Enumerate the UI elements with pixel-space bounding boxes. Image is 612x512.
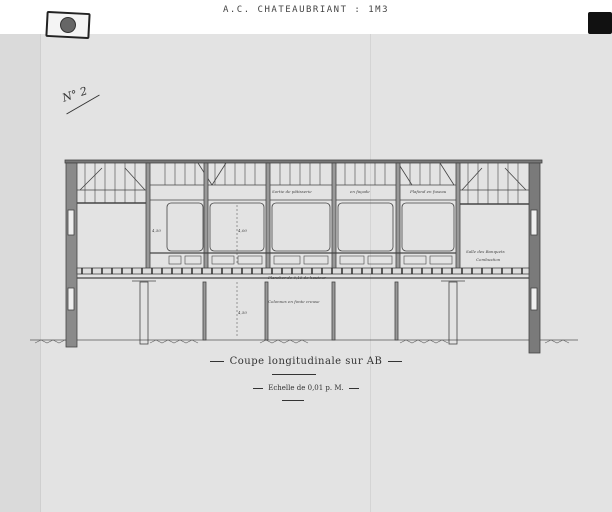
scale-text: Echelle de 0,01 p. M. bbox=[268, 384, 344, 392]
caption-underline bbox=[272, 374, 316, 375]
scale-underline bbox=[282, 400, 304, 401]
room-label-b: en façade bbox=[350, 189, 370, 194]
drawing-caption: Coupe longitudinale sur AB bbox=[0, 356, 612, 367]
right-room-label: Salle des Banquets bbox=[466, 249, 505, 254]
dimension-lower: 4,50 bbox=[238, 310, 247, 315]
room-label-c: Plafond en fuseau bbox=[410, 189, 446, 194]
longitudinal-section-drawing bbox=[0, 0, 612, 512]
right-room-sublabel: Combustion bbox=[476, 257, 500, 262]
dimension-upper: 4,00 bbox=[238, 228, 247, 233]
column-label: Colonnes en fonte creuse bbox=[268, 299, 319, 304]
room-label-a: Sortie de pâtisserie bbox=[272, 189, 312, 194]
dimension-mid: 4,50 bbox=[152, 228, 161, 233]
drawing-title: Coupe longitudinale sur AB bbox=[230, 356, 383, 367]
floor-label: Plancher de 0,15 de hauteur bbox=[268, 275, 326, 280]
scale-note: Echelle de 0,01 p. M. bbox=[0, 384, 612, 392]
